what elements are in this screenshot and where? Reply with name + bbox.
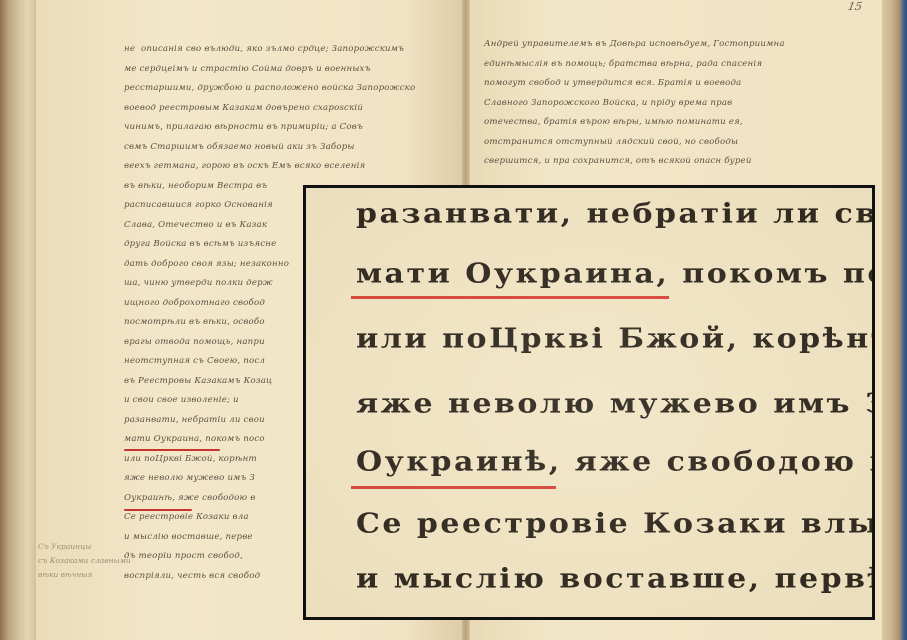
right-page-text: Андрей управителемъ въ Довѣра исповѣдуем…: [484, 35, 785, 172]
margin-note: Съ Украинцы съ Козаками славными вѣки вѣ…: [38, 540, 128, 582]
zoom-line-7: и мыслiю воставше, первѣе: [356, 563, 875, 595]
manuscript-line: ме сердцеiмъ и страстiю Сойма довръ и во…: [124, 60, 415, 80]
manuscript-line: свершится, и пра сохранится, отъ всякой …: [484, 152, 785, 172]
manuscript-line: единѣмыслiя въ помощь; братства вѣрна, р…: [484, 55, 785, 75]
manuscript-line: нe описанiя сво вълюди, якo зълмо срдце;…: [124, 40, 415, 60]
zoom-line-5: Оукраинѣ, яже свободою в: [356, 446, 875, 478]
manuscript-line: Славного Запорожского Войска, и прiду вр…: [484, 94, 785, 114]
book-binding-strip: [20, 0, 37, 640]
page-number: 15: [847, 0, 863, 13]
left-underline-ukrainie: [124, 509, 192, 511]
manuscript-line: воевод реестровым Казакам довърено cxapo…: [124, 99, 415, 119]
book-edge-right: [882, 0, 907, 640]
zoom-line-1: разанвати, небратiи ли сво: [356, 198, 875, 230]
zoom-magnifier-box: разанвати, небратiи ли сво мати Оукраина…: [303, 185, 875, 620]
manuscript-line: Андрей управителемъ въ Довѣра исповѣдуем…: [484, 35, 785, 55]
manuscript-line: ресстаршими, дружбою и расположено войск…: [124, 79, 415, 99]
left-underline-ukraina: [124, 449, 220, 451]
manuscript-spread: 15 нe описанiя сво вълюди, якo зълмо срд…: [0, 0, 907, 640]
manuscript-line: веехъ гетмана, горою въ оскъ Емъ всяко в…: [124, 157, 415, 177]
zoom-line-3: или поЦрквi Бжой, корѣнт: [356, 323, 875, 355]
zoom-line-6: Се реестровiе Козаки влы: [356, 508, 875, 540]
zoom-line-2: мати Оукраина, покомъ по: [356, 258, 875, 290]
zoom-underline-ukraina: [351, 296, 669, 299]
zoom-underline-ukrainie: [351, 486, 556, 489]
manuscript-line: помогут свобод и утвердится вся. Братiя …: [484, 74, 785, 94]
zoom-line-4: яже неволю мужево имъ З: [356, 388, 875, 420]
manuscript-line: отстранится отступный лядский свой, но с…: [484, 133, 785, 153]
manuscript-line: чинимъ, прилагаю вѣрности въ примирiи; а…: [124, 118, 415, 138]
book-binding-left: [0, 0, 20, 640]
manuscript-line: свмъ Старшимъ обязаемо новый аки зъ Забо…: [124, 138, 415, 158]
manuscript-line: отечества, братiя върою вѣры, имѣю помин…: [484, 113, 785, 133]
